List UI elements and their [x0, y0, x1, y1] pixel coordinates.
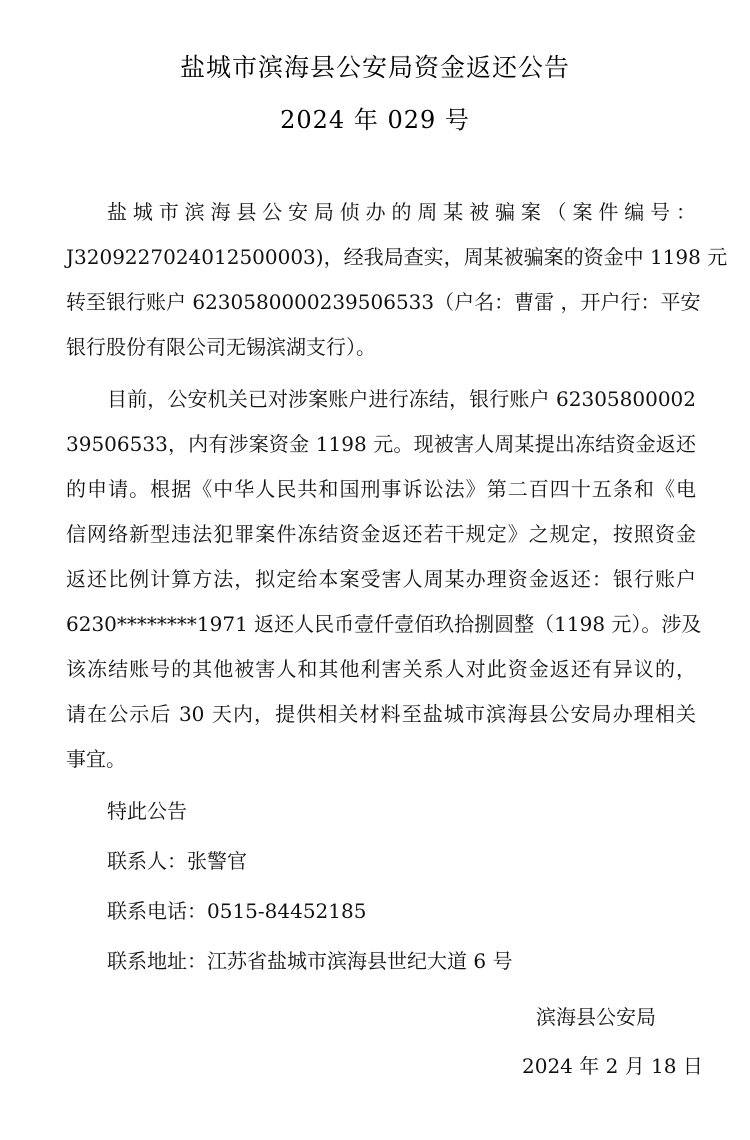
- paragraph-line: 6230********1971 返还人民币壹仟壹佰玖拾捌圆整（1198 元）。…: [66, 610, 696, 638]
- paragraph-line: 请在公示后 30 天内，提供相关材料至盐城市滨海县公安局办理相关: [66, 700, 696, 728]
- announcement-page: 盐城市滨海县公安局资金返还公告 2024 年 029 号 盐城市滨海县公安局侦办…: [0, 0, 750, 1140]
- contact-phone: 联系电话：0515-84452185: [107, 897, 366, 925]
- contact-person: 联系人：张警官: [107, 847, 247, 875]
- paragraph-line: 目前，公安机关已对涉案账户进行冻结，银行账户 62305800002: [107, 385, 696, 413]
- paragraph-line: J3209227024012500003)，经我局查实，周某被骗案的资金中 11…: [66, 243, 696, 271]
- paragraph-line: 39506533，内有涉案资金 1198 元。现被害人周某提出冻结资金返还: [66, 430, 696, 458]
- document-number: 2024 年 029 号: [0, 100, 750, 135]
- closing-text: 特此公告: [107, 797, 187, 825]
- contact-address: 联系地址：江苏省盐城市滨海县世纪大道 6 号: [107, 947, 512, 975]
- paragraph-line: 返还比例计算方法，拟定给本案受害人周某办理资金返还：银行账户: [66, 565, 696, 593]
- issue-date: 2024 年 2 月 18 日: [522, 1052, 703, 1080]
- paragraph-line: 该冻结账号的其他被害人和其他利害关系人对此资金返还有异议的，: [66, 655, 696, 683]
- paragraph-line: 信网络新型违法犯罪案件冻结资金返还若干规定》之规定，按照资金: [66, 520, 696, 548]
- paragraph-line: 银行股份有限公司无锡滨湖支行）。: [66, 333, 696, 361]
- paragraph-line: 盐城市滨海县公安局侦办的周某被骗案（案件编号：: [107, 198, 696, 226]
- paragraph-line: 的申请。根据《中华人民共和国刑事诉讼法》第二百四十五条和《电: [66, 475, 696, 503]
- paragraph-line: 转至银行账户 6230580000239506533（户名：曹雷 ，开户行：平安: [66, 288, 696, 316]
- document-title: 盐城市滨海县公安局资金返还公告: [0, 48, 750, 84]
- issuing-organization: 滨海县公安局: [536, 1003, 656, 1031]
- paragraph-line: 事宜。: [66, 745, 696, 773]
